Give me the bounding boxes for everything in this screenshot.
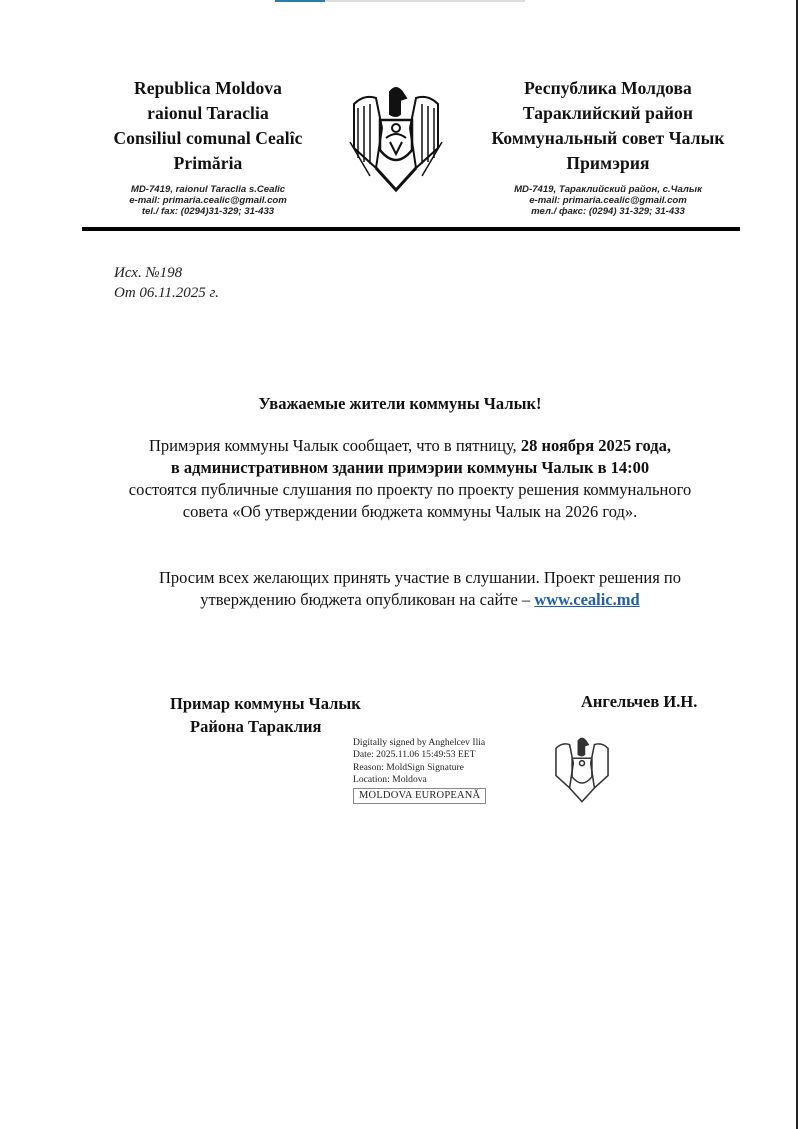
website-link[interactable]: www.cealic.md <box>534 590 639 609</box>
header-romanian: Republica Moldova raionul Taraclia Consi… <box>88 76 328 217</box>
invitation-paragraph: Просим всех желающих принять участие в с… <box>112 567 728 611</box>
event-description: состоятся публичные слушания по проекту … <box>129 480 691 521</box>
digital-signature-block[interactable]: Digitally signed by Anghelcev Ilia Date:… <box>353 737 486 804</box>
signature-reason: Reason: MoldSign Signature <box>353 762 486 774</box>
signatory-name: Ангельчев И.Н. <box>581 692 697 712</box>
outgoing-reference: Исх. №198 От 06.11.2025 г. <box>114 263 219 303</box>
header-line: Коммунальный совет Чалык <box>470 126 746 151</box>
header-line: Примэрия <box>470 151 746 176</box>
header-divider <box>82 227 740 231</box>
header-line: Тараклийский район <box>470 101 746 126</box>
signed-by: Digitally signed by Anghelcev Ilia <box>353 737 486 749</box>
contact-address: MD-7419, Тараклийский район, с.Чалык <box>470 184 746 195</box>
header-russian: Республика Молдова Тараклийский район Ко… <box>470 76 746 217</box>
signature-badge: MOLDOVA EUROPEANĂ <box>353 788 486 804</box>
header-line: Consiliul comunal Cealîc <box>88 126 328 151</box>
signature-coat-of-arms-icon <box>551 733 613 807</box>
signature-date: Date: 2025.11.06 15:49:53 EET <box>353 749 486 761</box>
progress-fill <box>275 0 325 2</box>
greeting-heading: Уважаемые жители коммуны Чалык! <box>0 394 800 414</box>
signatory-title-line1: Примар коммуны Чалык <box>170 694 361 713</box>
announcement-paragraph: Примэрия коммуны Чалык сообщает, что в п… <box>110 435 710 523</box>
reference-number: Исх. №198 <box>114 263 219 283</box>
contact-email: e-mail: primaria.cealic@gmail.com <box>88 195 328 206</box>
contact-phone: тел./ факс: (0294) 31-329; 31-433 <box>470 206 746 217</box>
header-contact: MD-7419, Тараклийский район, с.Чалык e-m… <box>470 184 746 217</box>
event-place: в административном здании примэрии комму… <box>171 458 649 477</box>
header-line: Республика Молдова <box>470 76 746 101</box>
reference-date: От 06.11.2025 г. <box>114 283 219 303</box>
header-contact: MD-7419, raionul Taraclia s.Cealîc e-mai… <box>88 184 328 217</box>
contact-address: MD-7419, raionul Taraclia s.Cealîc <box>88 184 328 195</box>
page-edge <box>796 0 798 1129</box>
signatory-title: Примар коммуны Чалык Района Тараклия <box>170 692 361 738</box>
header-line: Republica Moldova <box>88 76 328 101</box>
intro-text: Примэрия коммуны Чалык сообщает, что в п… <box>149 436 521 455</box>
coat-of-arms-icon <box>346 82 446 196</box>
signature-location: Location: Moldova <box>353 774 486 786</box>
loading-progress-bar <box>275 0 525 2</box>
contact-phone: tel./ fax: (0294)31-329; 31-433 <box>88 206 328 217</box>
header-line: Primăria <box>88 151 328 176</box>
event-date: 28 ноября 2025 года, <box>521 436 671 455</box>
signatory-title-line2: Района Тараклия <box>170 715 361 738</box>
contact-email: e-mail: primaria.cealic@gmail.com <box>470 195 746 206</box>
header-line: raionul Taraclia <box>88 101 328 126</box>
